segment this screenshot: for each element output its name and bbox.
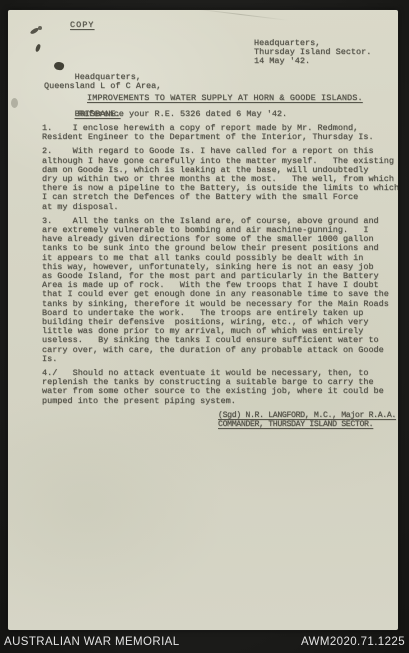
paragraph-4: 4./ Should no attack eventuate it would … xyxy=(42,369,398,406)
archive-footer: AUSTRALIAN WAR MEMORIAL AWM2020.71.1225 xyxy=(0,630,409,653)
paper-crease xyxy=(193,10,287,21)
paragraph-3: 3. All the tanks on the Island are, of c… xyxy=(42,217,398,364)
signature-name: (Sgd) N.R. LANGFORD, M.C., Major R.A.A. xyxy=(218,411,396,420)
ink-smudge xyxy=(35,44,41,53)
letter-body: 1. I enclose herewith a copy of report m… xyxy=(42,124,398,429)
institution-label: AUSTRALIAN WAR MEMORIAL xyxy=(4,636,180,648)
paragraph-2: 2. With regard to Goode Is. I have calle… xyxy=(42,147,398,211)
recipient-address-lines: Headquarters, Queensland L of C Area, xyxy=(44,72,161,91)
copy-stamp: COPY xyxy=(70,21,94,30)
accession-number: AWM2020.71.1225 xyxy=(301,636,405,648)
reference-line: Reference your R.E. 5326 dated 6 May '42… xyxy=(78,110,287,119)
signature-block: (Sgd) N.R. LANGFORD, M.C., Major R.A.A. … xyxy=(218,411,398,429)
document-title: IMPROVEMENTS TO WATER SUPPLY AT HORN & G… xyxy=(87,94,363,103)
signature-role: COMMANDER, THURSDAY ISLAND SECTOR. xyxy=(218,420,373,429)
archive-photo-frame: COPY Headquarters, Thursday Island Secto… xyxy=(0,0,409,653)
paragraph-1: 1. I enclose herewith a copy of report m… xyxy=(42,124,398,142)
ink-smudge xyxy=(38,26,42,30)
paper-stain xyxy=(11,98,18,108)
sender-address: Headquarters, Thursday Island Sector. 14… xyxy=(254,39,371,67)
document-page: COPY Headquarters, Thursday Island Secto… xyxy=(8,10,398,630)
